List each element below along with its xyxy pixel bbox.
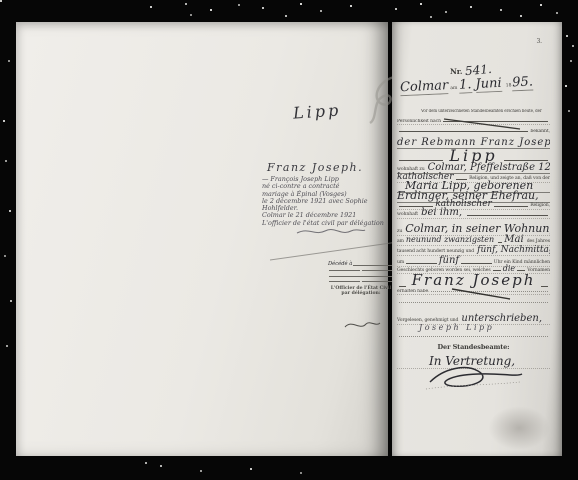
des-jahres-label: des Jahres <box>527 239 550 244</box>
declarant-signature-line: Joseph Lipp <box>397 323 550 332</box>
registrar-heading: Der Standesbeamte: <box>438 343 510 351</box>
blank-ruled-line <box>397 335 550 339</box>
margin-surname-heading: Lipp <box>292 100 341 122</box>
left-page: Lipp Franz Joseph. — François Joseph Lip… <box>16 22 388 456</box>
film-speckles-edges <box>0 0 2 2</box>
right-page-birth-record: 3. Nr. 541. Colmar am 1. Juni 18 95. Vor… <box>392 22 562 456</box>
dateline: Colmar am 1. Juni 18 95. <box>400 74 551 97</box>
blank-rule <box>467 214 548 216</box>
stamp-signature-flourish <box>342 317 382 333</box>
wohnhaft-value: bei ihm, <box>421 207 462 218</box>
persoenlichkeit-label: Persönlichkeit nach <box>397 119 441 124</box>
wohnhaft-line: wohnhaft bei ihm, <box>397 207 550 219</box>
year-value: fünf, Nachmittags <box>477 245 550 255</box>
stamp-officer-line: L'Officier de l'État Civil <box>328 286 394 291</box>
dateline-am-label: am <box>450 86 457 91</box>
dash-rule <box>399 285 406 287</box>
am-label: am <box>397 239 404 244</box>
void-diagonal-stroke <box>450 287 512 301</box>
declarant-signature: Joseph Lipp <box>419 323 494 332</box>
dateline-place: Colmar <box>400 78 449 96</box>
year-printed: tausend acht hundert neunzig und <box>397 249 474 254</box>
birth-day-value: neunund zwanzigsten <box>406 235 494 244</box>
stamp-decede-label: Décédé à <box>328 261 352 267</box>
dash-rule <box>498 241 502 243</box>
registrar-signature-flourish <box>422 362 526 392</box>
stamp-blank-rule <box>353 264 393 266</box>
bekannt-label: bekannt, <box>530 129 550 134</box>
birth-month-value: Mai <box>504 234 523 245</box>
intro-line: Vor dem unterzeichneten Standesbeamten e… <box>397 109 550 114</box>
death-annotation-stamp: Décédé à L'Officier de l'État Civil par … <box>328 261 394 296</box>
dash-rule <box>541 285 548 287</box>
register-photograph: Lipp Franz Joseph. — François Joseph Lip… <box>0 0 578 480</box>
erhalten-label: erhalten habe. <box>397 289 429 294</box>
stamp-blank-rule <box>329 275 393 277</box>
stamp-blank-rule <box>329 269 360 271</box>
stamp-blank-rule <box>329 280 360 282</box>
stamp-blank-rule <box>362 280 393 282</box>
blank-rule <box>399 301 548 303</box>
surname-line: Lipp <box>397 146 550 163</box>
stamp-officer-line: par délégation: <box>328 291 394 296</box>
nr-label: Nr. <box>450 67 462 76</box>
dateline-month: Juni <box>475 76 502 93</box>
registrar-heading-line: Der Standesbeamte: <box>397 343 550 351</box>
stamp-blank-rule <box>362 269 393 271</box>
dateline-day: 1. <box>459 77 472 94</box>
paper-stain <box>488 406 550 450</box>
record-number: 541. <box>465 63 493 77</box>
dash-rule <box>504 159 548 161</box>
folio-number: 3. <box>536 38 542 45</box>
blank-rule <box>399 335 548 337</box>
wohnhaft-label: wohnhaft <box>397 212 418 217</box>
dateline-year: 95. <box>512 74 533 91</box>
blank-ruled-line <box>397 301 550 305</box>
bekannt-line: bekannt, <box>397 129 550 134</box>
margin-name-heading: Franz Joseph. <box>267 161 363 174</box>
dateline-century: 18 <box>506 83 512 88</box>
dash-rule <box>399 159 443 161</box>
intro-text: Vor dem unterzeichneten Standesbeamten e… <box>421 109 542 114</box>
blank-rule <box>399 130 528 132</box>
surname-large: Lipp <box>449 146 497 163</box>
